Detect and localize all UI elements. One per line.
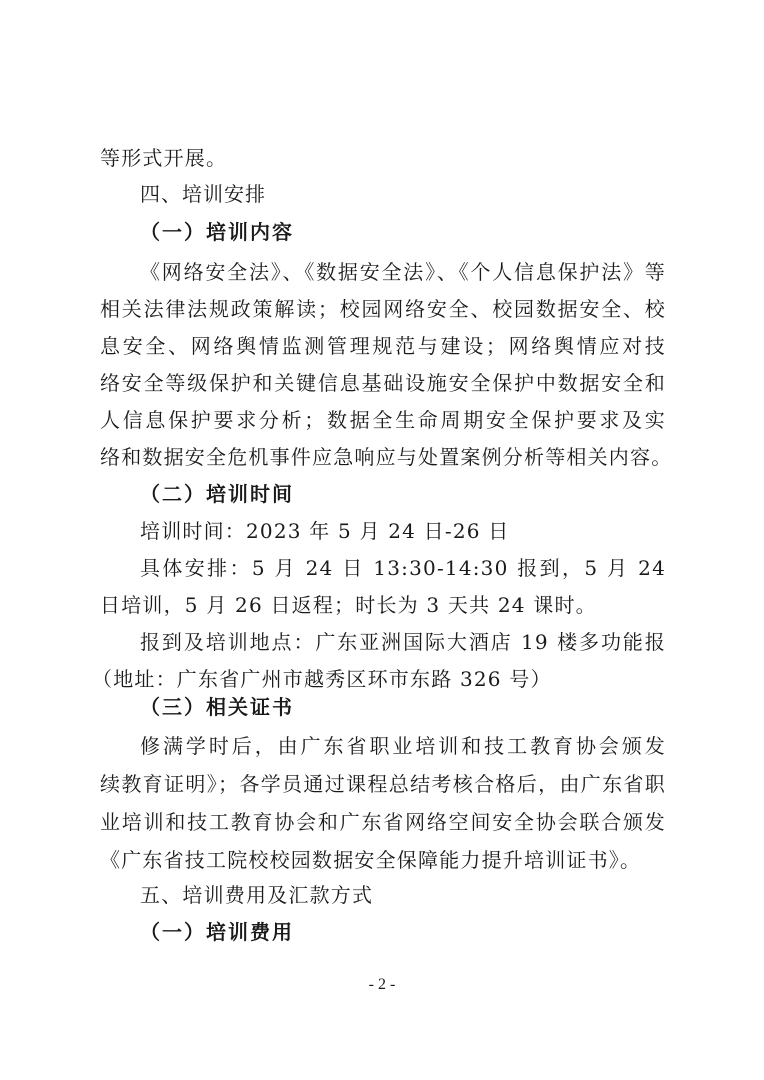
body-line: 络和数据安全危机事件应急响应与处置案例分析等相关内容。 <box>100 445 666 469</box>
body-line: 络安全等级保护和关键信息基础设施安全保护中数据安全和个 <box>100 371 666 395</box>
body-line: 相关法律法规政策解读；校园网络安全、校园数据安全、校园信 <box>100 297 666 321</box>
section-heading-4: 四、培训安排 <box>140 182 666 206</box>
section-heading-5: 五、培训费用及汇款方式 <box>140 883 666 907</box>
subheading-training-time: （二）培训时间 <box>140 482 706 506</box>
subheading-certificate: （三）相关证书 <box>140 695 706 719</box>
subheading-training-content: （一）培训内容 <box>140 220 706 244</box>
certificate-line: 业培训和技工教育协会和广东省网络空间安全协会联合颁发 <box>100 810 666 834</box>
certificate-line: 修满学时后，由广东省职业培训和技工教育协会颁发《继 <box>140 734 666 758</box>
training-date: 培训时间：2023 年 5 月 24 日-26 日 <box>140 519 666 543</box>
subheading-training-fee: （一）培训费用 <box>140 920 706 944</box>
venue-address: （地址：广东省广州市越秀区环市东路 326 号） <box>92 667 658 691</box>
body-line: 人信息保护要求分析；数据全生命周期安全保护要求及实现；网 <box>100 408 666 432</box>
page-number: - 2 - <box>0 976 764 994</box>
document-page: 等形式开展。 四、培训安排 （一）培训内容 《网络安全法》、《数据安全法》、《个… <box>0 0 764 1080</box>
schedule-line: 日培训，5 月 26 日返程；时长为 3 天共 24 课时。 <box>100 593 666 617</box>
body-line: 《网络安全法》、《数据安全法》、《个人信息保护法》等 <box>140 260 666 284</box>
paragraph-tail: 等形式开展。 <box>100 146 666 170</box>
certificate-line: 《广东省技工院校校园数据安全保障能力提升培训证书》。 <box>100 848 666 872</box>
venue-line: 报到及培训地点：广东亚洲国际大酒店 19 楼多功能报告厅 <box>140 630 666 654</box>
body-line: 息安全、网络舆情监测管理规范与建设；网络舆情应对技巧；网 <box>100 334 666 358</box>
schedule-line: 具体安排：5 月 24 日 13:30-14:30 报到，5 月 24 日下午-… <box>140 556 666 580</box>
certificate-line: 续教育证明》；各学员通过课程总结考核合格后，由广东省职 <box>100 772 666 796</box>
